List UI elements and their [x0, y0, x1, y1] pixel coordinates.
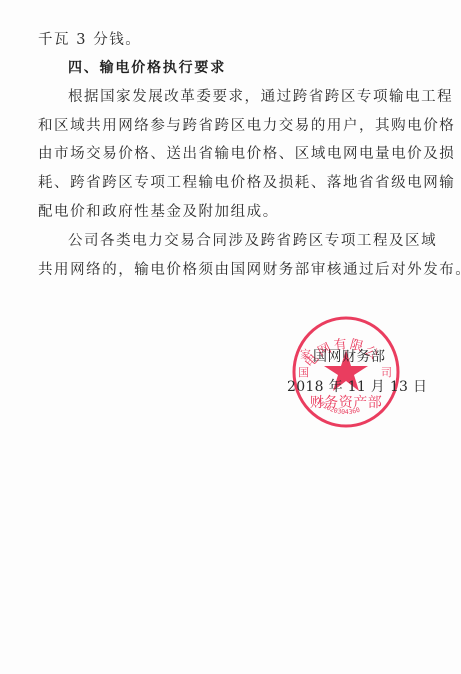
paragraph-line: 由市场交易价格、送出省输电价格、区域电网电量电价及损: [38, 144, 428, 164]
paragraph-line: 共用网络的，输电价格须由国网财务部审核通过后对外发布。: [38, 260, 428, 280]
paragraph-line: 配电价和政府性基金及附加组成。: [38, 202, 428, 222]
official-seal-icon: 电网有限公 家 国 司 财务资产部 1101020304360: [291, 316, 401, 428]
paragraph-line: 耗、跨省跨区专项工程输电价格及损耗、落地省省级电网输: [38, 173, 428, 193]
issue-date: 2018 年 11 月 13 日: [287, 376, 427, 396]
paragraph-line: 根据国家发展改革委要求，通过跨省跨区专项输电工程: [68, 87, 458, 107]
paragraph-line: 公司各类电力交易合同涉及跨省跨区专项工程及区域: [68, 231, 458, 251]
issuer-signature: 国网财务部: [313, 346, 386, 366]
text-line: 千瓦 3 分钱。: [38, 30, 428, 50]
section-heading: 四、输电价格执行要求: [68, 58, 458, 78]
document-page: 千瓦 3 分钱。 四、输电价格执行要求 根据国家发展改革委要求，通过跨省跨区专项…: [0, 0, 461, 674]
seal-left-text: 家: [300, 347, 311, 361]
paragraph-line: 和区域共用网络参与跨省跨区电力交易的用户，其购电价格: [38, 116, 428, 136]
